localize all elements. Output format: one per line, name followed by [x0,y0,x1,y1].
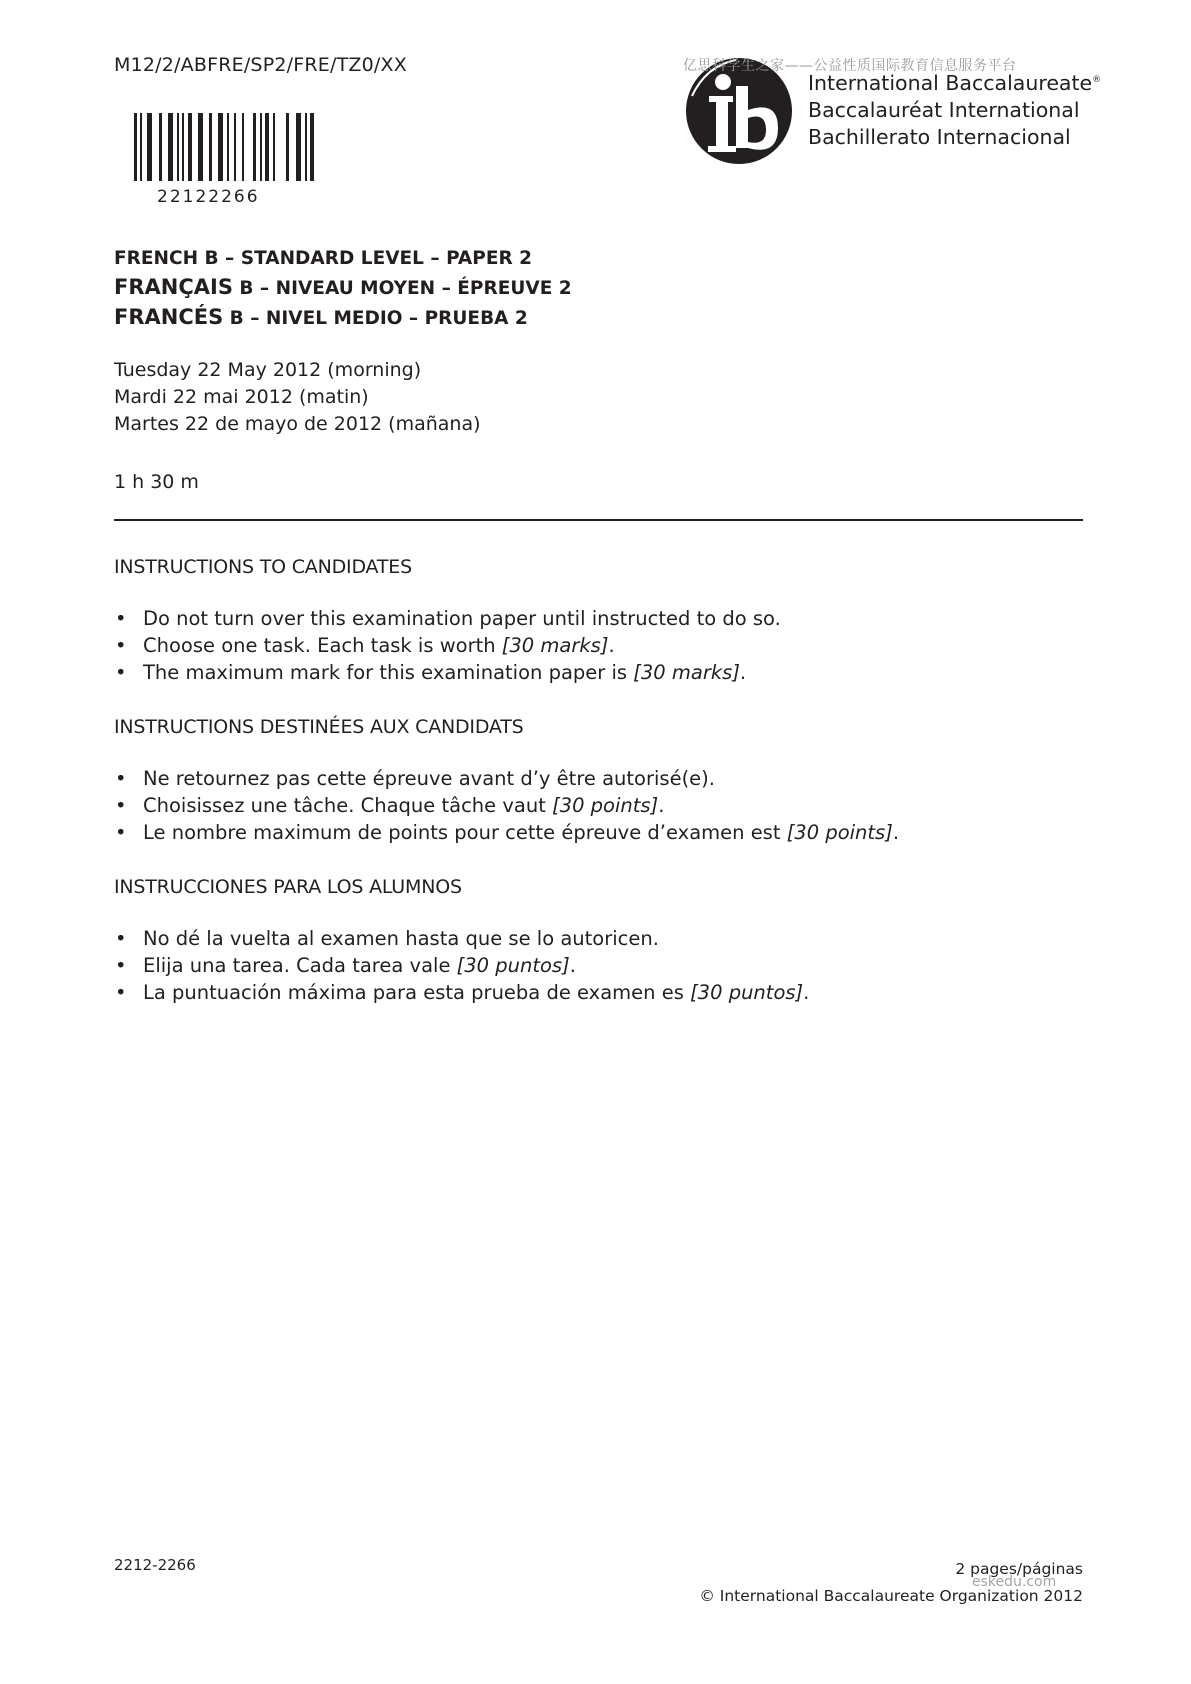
org-name-en: International Baccalaureate® [808,67,1101,97]
instruction-item: La puntuación máxima para esta prueba de… [114,979,809,1006]
exam-duration: 1 h 30 m [114,471,199,493]
organization-names: International Baccalaureate® Baccalauréa… [808,67,1101,151]
instruction-item: Ne retournez pas cette épreuve avant d’y… [114,765,899,792]
divider [114,519,1083,521]
instruction-item: Le nombre maximum de points pour cette é… [114,819,899,846]
instructions-english: INSTRUCTIONS TO CANDIDATES Do not turn o… [114,556,781,686]
date-french: Mardi 22 mai 2012 (matin) [114,384,481,411]
instructions-spanish: INSTRUCCIONES PARA LOS ALUMNOS No dé la … [114,876,809,1006]
instruction-item: The maximum mark for this examination pa… [114,659,781,686]
exam-titles: FRENCH B – STANDARD LEVEL – PAPER 2 FRAN… [114,244,572,333]
org-name-es: Bachillerato Internacional [808,124,1101,151]
title-english: FRENCH B – STANDARD LEVEL – PAPER 2 [114,244,572,273]
instructions-french: INSTRUCTIONS DESTINÉES AUX CANDIDATS Ne … [114,716,899,846]
title-spanish: FRANCÉS B – NIVEL MEDIO – PRUEBA 2 [114,303,572,333]
paper-code: M12/2/ABFRE/SP2/FRE/TZ0/XX [114,54,407,76]
date-english: Tuesday 22 May 2012 (morning) [114,357,481,384]
watermark-bottom: eskedu.com [972,1574,1056,1590]
exam-dates: Tuesday 22 May 2012 (morning) Mardi 22 m… [114,357,481,438]
barcode-number: 22122266 [157,187,260,207]
instruction-item: No dé la vuelta al examen hasta que se l… [114,925,809,952]
instruction-item: Choose one task. Each task is worth [30 … [114,632,781,659]
footer-code: 2212-2266 [114,1556,196,1574]
barcode-icon [134,113,316,181]
org-name-fr: Baccalauréat International [808,97,1101,124]
instruction-item: Choisissez une tâche. Chaque tâche vaut … [114,792,899,819]
instruction-item: Do not turn over this examination paper … [114,605,781,632]
instructions-heading: INSTRUCCIONES PARA LOS ALUMNOS [114,876,809,898]
date-spanish: Martes 22 de mayo de 2012 (mañana) [114,411,481,438]
instruction-item: Elija una tarea. Cada tarea vale [30 pun… [114,952,809,979]
registered-mark: ® [1092,75,1101,85]
instructions-heading: INSTRUCTIONS DESTINÉES AUX CANDIDATS [114,716,899,738]
instructions-heading: INSTRUCTIONS TO CANDIDATES [114,556,781,578]
title-french: FRANÇAIS B – NIVEAU MOYEN – ÉPREUVE 2 [114,273,572,303]
